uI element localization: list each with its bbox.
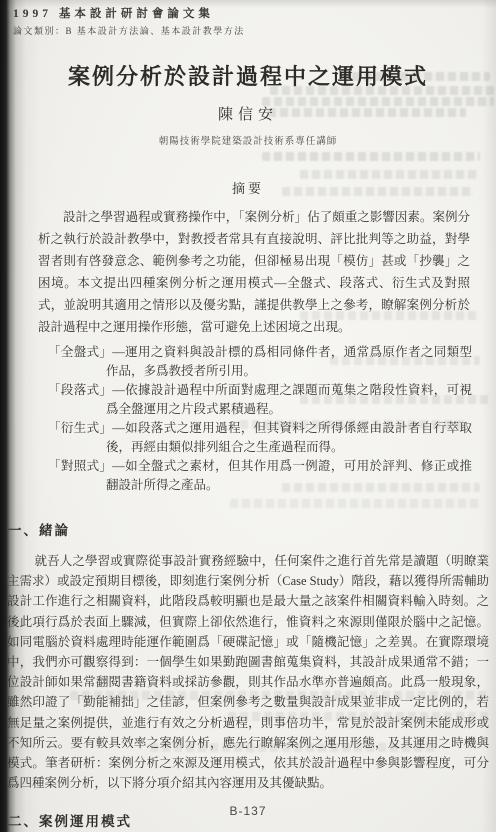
author-affiliation: 朝陽技術學院建築設計技術系專任講師 (0, 133, 496, 147)
definition-item-yansheng: 「衍生式」—如段落式之運用過程，但其資料之所得係經由設計者自行萃取後，再經由類似… (48, 419, 472, 457)
introduction-paragraph: 就吾人之學習或實際從事設計實務經驗中，任何案件之進行首先常是讀題（明瞭業主需求）… (7, 551, 489, 793)
definition-term: 「對照式」 (48, 459, 112, 473)
running-header: 1997 基本設計研討會論文集 論文類別：B 基本設計方法論、基本設計教學方法 (0, 0, 496, 37)
definition-desc: —如全盤式之素材，但其作用爲一例證，可用於評判、修正或推翻設計所得之產品。 (106, 459, 472, 492)
definition-item-duizhao: 「對照式」—如全盤式之素材，但其作用爲一例證，可用於評判、修正或推翻設計所得之產… (48, 457, 472, 495)
section-heading-introduction: 一、緒論 (8, 519, 496, 539)
definition-term: 「全盤式」 (48, 345, 112, 359)
definition-desc: —運用之資料與設計標的爲相同條件者，通常爲原作者之同類型作品，多爲教授者所引用。 (106, 345, 472, 378)
abstract-paragraph: 設計之學習過程或實務操作中，「案例分析」佔了頗重之影響因素。案例分析之執行於設計… (38, 206, 470, 338)
author-name: 陳信安 (0, 103, 496, 124)
mode-definition-list: 「全盤式」—運用之資料與設計標的爲相同條件者，通常爲原作者之同類型作品，多爲教授… (48, 343, 472, 495)
paper-category-line: 論文類別：B 基本設計方法論、基本設計教學方法 (13, 24, 496, 37)
definition-desc: —依據設計過程中所面對處理之課題而蒐集之階段性資料，可視爲全盤運用之片段式累積過… (106, 383, 472, 416)
definition-item-duanluo: 「段落式」—依據設計過程中所面對處理之課題而蒐集之階段性資料，可視爲全盤運用之片… (48, 381, 472, 419)
page-content: 1997 基本設計研討會論文集 論文類別：B 基本設計方法論、基本設計教學方法 … (0, 0, 496, 830)
definition-item-quanpan: 「全盤式」—運用之資料與設計標的爲相同條件者，通常爲原作者之同類型作品，多爲教授… (48, 343, 472, 381)
paper-title: 案例分析於設計過程中之運用模式 (0, 60, 496, 91)
page-number: B-137 (0, 804, 496, 818)
definition-term: 「段落式」 (48, 383, 112, 397)
definition-desc: —如段落式之運用過程，但其資料之所得係經由設計者自行萃取後，再經由類似排列組合之… (106, 421, 472, 454)
definition-term: 「衍生式」 (48, 421, 112, 435)
proceedings-title: 1997 基本設計研討會論文集 (13, 5, 496, 21)
scanned-paper-page: 1997 基本設計研討會論文集 論文類別：B 基本設計方法論、基本設計教學方法 … (0, 0, 496, 832)
abstract-heading: 摘要 (0, 178, 496, 197)
